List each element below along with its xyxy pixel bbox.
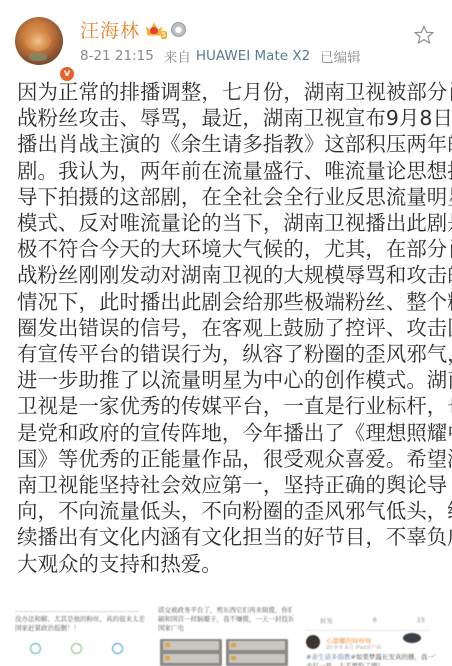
screenshot-row [163, 654, 219, 663]
comment-stat: 6 [373, 616, 377, 625]
body-line: 模式、反对唯流量论的当下，湖南卫视播出此剧是 [17, 210, 437, 236]
body-line: 有宣传平台的错误行为，纵容了粉圈的歪风邪气， [17, 341, 437, 367]
image-grid: ………………………………………………… 没办法和解，尤其是他的粉丝，真的很来太差… [0, 606, 452, 666]
comment-text: #余生请多指教#如果梦露长安真的播，我一定会 去打一星，太不要脸了吧！ [306, 653, 435, 666]
thumb-text-line: 国家广电 [158, 624, 293, 633]
commenter-avatar [306, 635, 320, 649]
screenshot-row [163, 641, 219, 650]
thumb-text-line: ………………………………………………… [15, 606, 145, 615]
body-line: 续播出有文化内涵有文化担当的好节目，不辜负广 [17, 524, 437, 550]
body-line: 进一步助推了以流量明星为中心的创作模式。湖南 [17, 367, 437, 393]
post-meta: 8-21 21:15 来自 HUAWEI Mate X2 已编辑 [80, 47, 361, 65]
author-name-row: 汪海林 5 ● [80, 16, 186, 42]
thumb-text-line: 没办法和解，尤其是他的粉丝，真的很来太差了、 [15, 615, 145, 624]
body-line: 卫视是一家优秀的传媒平台，一直是行业标杆，也 [17, 393, 437, 419]
body-line: 向，不向流量低头，不向粉圈的歪风邪气低头，继 [17, 498, 437, 524]
row-icon [231, 643, 236, 647]
edited-label[interactable]: 已编辑 [320, 46, 361, 66]
thumb-stats-row: 转发 6 15 [320, 616, 425, 625]
screenshot-row [229, 641, 285, 650]
body-line: 国》等优秀的正能量作品，很受观众喜爱。希望湖 [17, 446, 437, 472]
moments-icon [71, 643, 82, 654]
avatar-cat-face [25, 31, 51, 51]
vip-level: 5 [161, 31, 167, 39]
body-line: 圈发出错误的信号，在客观上鼓励了控评、攻击国 [17, 315, 437, 341]
heart-shape [150, 27, 158, 34]
wechat-icon [30, 643, 41, 654]
share-icons-row [30, 643, 145, 654]
body-line: 是党和政府的宣传阵地，今年播出了《理想照耀中 [17, 420, 437, 446]
body-line: 导下拍摄的这部剧，在全社会全行业反思流量明星 [17, 184, 437, 210]
body-line: 剧。我认为，两年前在流量盛行、唯流量论思想指 [17, 158, 437, 184]
row-icon [231, 656, 236, 660]
comment-meta: 20-9-9 来自 iPad客户端 [326, 644, 381, 651]
repost-stat: 转发 [320, 616, 333, 625]
post-time: 8-21 21:15 [80, 48, 154, 64]
image-thumbnail-3[interactable]: 转发 6 15 心甜嘟的呀呀呀 20-9-9 来自 iPad客户端 #余生请多指… [300, 606, 435, 666]
body-line: 极不符合今天的大环境大气候的，尤其，在部分肖 [17, 236, 437, 262]
body-line: 战粉丝攻击、辱骂，最近，湖南卫视宣布9月8日 [17, 105, 437, 131]
row-icon [165, 643, 170, 647]
comment-line: 去打一星，太不要脸了吧！ [306, 662, 435, 666]
body-line: 大观众的支持和热爱。 [17, 551, 437, 577]
comment-line: 如果梦露长安真的播，我一定会 [356, 653, 435, 661]
author-name[interactable]: 汪海林 [80, 16, 140, 43]
screenshot-row [229, 654, 285, 663]
body-line: 战粉丝刚刚发动对湖南卫视的大规模辱骂和攻击的 [17, 262, 437, 288]
image-thumbnail-1[interactable]: ………………………………………………… 没办法和解，尤其是他的粉丝，真的很来太差… [15, 606, 145, 666]
vip-crown-icon[interactable]: 5 [146, 21, 164, 38]
medal-icon[interactable]: ● [171, 22, 186, 37]
source-device-link[interactable]: HUAWEI Mate X2 [196, 48, 310, 64]
author-avatar[interactable]: v [15, 17, 63, 65]
post-body-text: 因为正常的排播调整，七月份，湖南卫视被部分肖 战粉丝攻击、辱骂，最近，湖南卫视宣… [17, 79, 437, 577]
thumb-text-line: 国家赶紧政治扳删！！ [15, 624, 145, 633]
image-thumbnail-2[interactable]: 谣交被政务平台了，剪东西它们再来辑揽，你们刷 刷和国营一样脑瓣子，我不嫌揽，一天… [158, 606, 293, 666]
body-line: 因为正常的排播调整，七月份，湖南卫视被部分肖 [17, 79, 437, 105]
thumb-text-line: 刷和国营一样脑瓣子，我不嫌揽，一天一封投诉去 [158, 615, 293, 624]
row-icon [165, 656, 170, 660]
nested-screenshot [226, 639, 288, 666]
body-line: 播出肖战主演的《余生请多指教》这部积压两年的 [17, 131, 437, 157]
star-outline-icon[interactable] [413, 24, 435, 46]
comment-hashtag: #余生请多指教# [306, 653, 356, 661]
like-stat: 15 [417, 616, 425, 625]
avatar-detail [29, 53, 47, 61]
body-line: 南卫视能坚持社会效应第一，坚持正确的舆论导 [17, 472, 437, 498]
nested-screenshot [160, 639, 222, 666]
source-prefix: 来自 [164, 46, 191, 66]
divider [305, 630, 430, 631]
qq-icon [112, 643, 123, 654]
body-line: 情况下，此时播出此剧会给那些极端粉丝、整个粉 [17, 289, 437, 315]
thumb-text-line: 谣交被政务平台了，剪东西它们再来辑揽，你们刷 [158, 606, 293, 615]
post-header: v 汪海林 5 ● 8-21 21:15 来自 HUAWEI Mate X2 已… [0, 0, 452, 76]
commenter-image [403, 633, 421, 643]
